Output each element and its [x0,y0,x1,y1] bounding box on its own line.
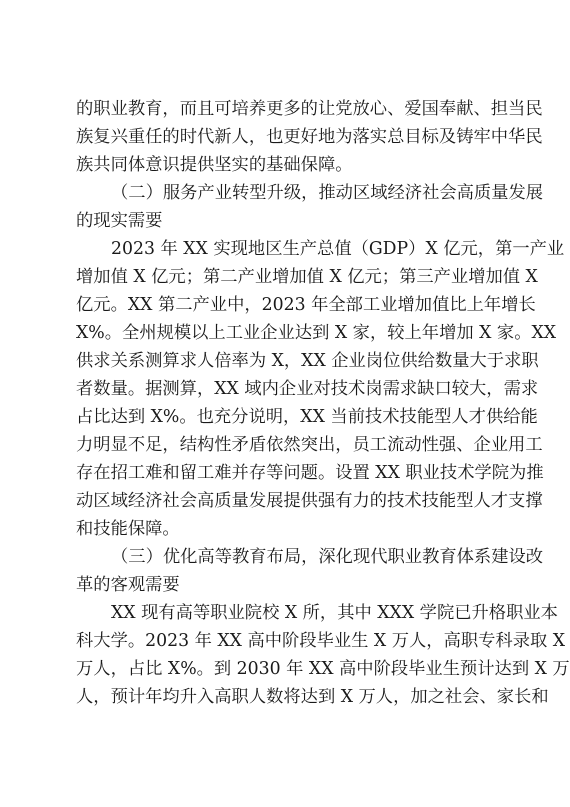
heading-line: （三）优化高等教育布局，深化现代职业教育体系建设改 [76,543,492,571]
section-heading-2: （二）服务产业转型升级，推动区域经济社会高质量发展 的现实需要 [76,179,492,235]
paragraph-intro-continued: 的职业教育，而且可培养更多的让党放心、爱国奉献、担当民 族复兴重任的时代新人，也… [76,95,492,179]
text-line: 万人，占比 X%。到 2030 年 XX 高中阶段毕业生预计达到 X 万 [76,655,492,683]
heading-line: （二）服务产业转型升级，推动区域经济社会高质量发展 [76,179,492,207]
text-line: 增加值 X 亿元；第二产业增加值 X 亿元；第三产业增加值 X [76,263,492,291]
text-line: 占比达到 X%。也充分说明，XX 当前技术技能型人才供给能 [76,403,492,431]
heading-line: 革的客观需要 [76,571,492,599]
text-line: X%。全州规模以上工业企业达到 X 家，较上年增加 X 家。XX [76,319,492,347]
text-line: 动区域经济社会高质量发展提供强有力的技术技能型人才支撑 [76,487,492,515]
text-line: 和技能保障。 [76,515,492,543]
text-line: 亿元。XX 第二产业中，2023 年全部工业增加值比上年增长 [76,291,492,319]
text-line: 力明显不足，结构性矛盾依然突出，员工流动性强、企业用工 [76,431,492,459]
text-line: 的职业教育，而且可培养更多的让党放心、爱国奉献、担当民 [76,95,492,123]
text-line: 科大学。2023 年 XX 高中阶段毕业生 X 万人，高职专科录取 X [76,627,492,655]
text-line: 族复兴重任的时代新人，也更好地为落实总目标及铸牢中华民 [76,123,492,151]
text-line: 人，预计年均升入高职人数将达到 X 万人，加之社会、家长和 [76,683,492,711]
text-line: XX 现有高等职业院校 X 所，其中 XXX 学院已升格职业本 [76,599,492,627]
paragraph-economy: 2023 年 XX 实现地区生产总值（GDP）X 亿元，第一产业 增加值 X 亿… [76,235,492,543]
paragraph-education: XX 现有高等职业院校 X 所，其中 XXX 学院已升格职业本 科大学。2023… [76,599,492,711]
text-line: 存在招工难和留工难并存等问题。设置 XX 职业技术学院为推 [76,459,492,487]
text-line: 供求关系测算求人倍率为 X，XX 企业岗位供给数量大于求职 [76,347,492,375]
heading-line: 的现实需要 [76,207,492,235]
section-heading-3: （三）优化高等教育布局，深化现代职业教育体系建设改 革的客观需要 [76,543,492,599]
document-page: 的职业教育，而且可培养更多的让党放心、爱国奉献、担当民 族复兴重任的时代新人，也… [76,95,492,711]
text-line: 2023 年 XX 实现地区生产总值（GDP）X 亿元，第一产业 [76,235,492,263]
text-line: 者数量。据测算，XX 域内企业对技术岗需求缺口较大，需求 [76,375,492,403]
text-line: 族共同体意识提供坚实的基础保障。 [76,151,492,179]
